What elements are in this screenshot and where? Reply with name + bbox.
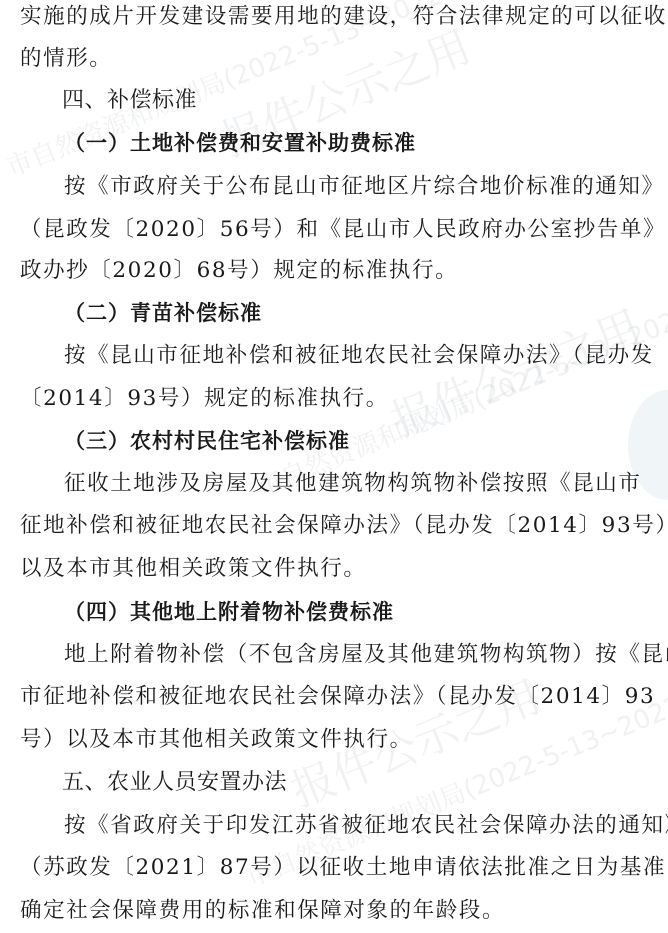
- subsection-heading-2: （二）青苗补偿标准: [64, 298, 262, 328]
- paragraph-line: 实施的成片开发建设需要用地的建设，符合法律规定的可以征收: [20, 2, 667, 32]
- paragraph-line: 以及本市其他相关政策文件执行。: [20, 554, 367, 584]
- document-page: 市自然资源和规划局(2022-5-13~2022-6-12) 报件公示之用 市自…: [0, 0, 668, 933]
- paragraph-line: 政办抄〔2020〕68号）规定的标准执行。: [20, 256, 458, 286]
- paragraph-line: 号）以及本市其他相关政策文件执行。: [20, 725, 413, 755]
- paragraph-line: 征地补偿和被征地农民社会保障办法》（昆办发〔2014〕93号）: [20, 511, 668, 541]
- subsection-heading-4: （四）其他地上附着物补偿费标准: [64, 597, 394, 627]
- paragraph-line: 地上附着物补偿（不包含房屋及其他建筑物构筑物）按《昆山: [64, 640, 668, 670]
- paragraph-line: 征收土地涉及房屋及其他建筑物构筑物补偿按照《昆山市: [64, 469, 642, 499]
- paragraph-line: （昆政发〔2020〕56号）和《昆山市人民政府办公室抄告单》（昆: [20, 215, 668, 245]
- paragraph-line: 确定社会保障费用的标准和保障对象的年龄段。: [20, 896, 505, 926]
- section-heading-5: 五、农业人员安置办法: [62, 768, 287, 798]
- paragraph-line: 按《省政府关于印发江苏省被征地农民社会保障办法的通知》: [64, 811, 668, 841]
- paragraph-line: 按《市政府关于公布昆山市征地区片综合地价标准的通知》: [64, 172, 665, 202]
- paragraph-line: （苏政发〔2021〕87号）以征收土地申请依法批准之日为基准日，: [20, 853, 668, 883]
- paragraph-line: 按《昆山市征地补偿和被征地农民社会保障办法》（昆办发: [64, 341, 654, 371]
- paragraph-line: 〔2014〕93号）规定的标准执行。: [20, 384, 389, 414]
- subsection-heading-3: （三）农村村民住宅补偿标准: [64, 426, 350, 456]
- section-heading-4: 四、补偿标准: [62, 86, 197, 116]
- paragraph-line: 市征地补偿和被征地农民社会保障办法》（昆办发〔2014〕93: [20, 682, 655, 712]
- paragraph-line: 的情形。: [20, 44, 112, 74]
- subsection-heading-1: （一）土地补偿费和安置补助费标准: [64, 128, 416, 158]
